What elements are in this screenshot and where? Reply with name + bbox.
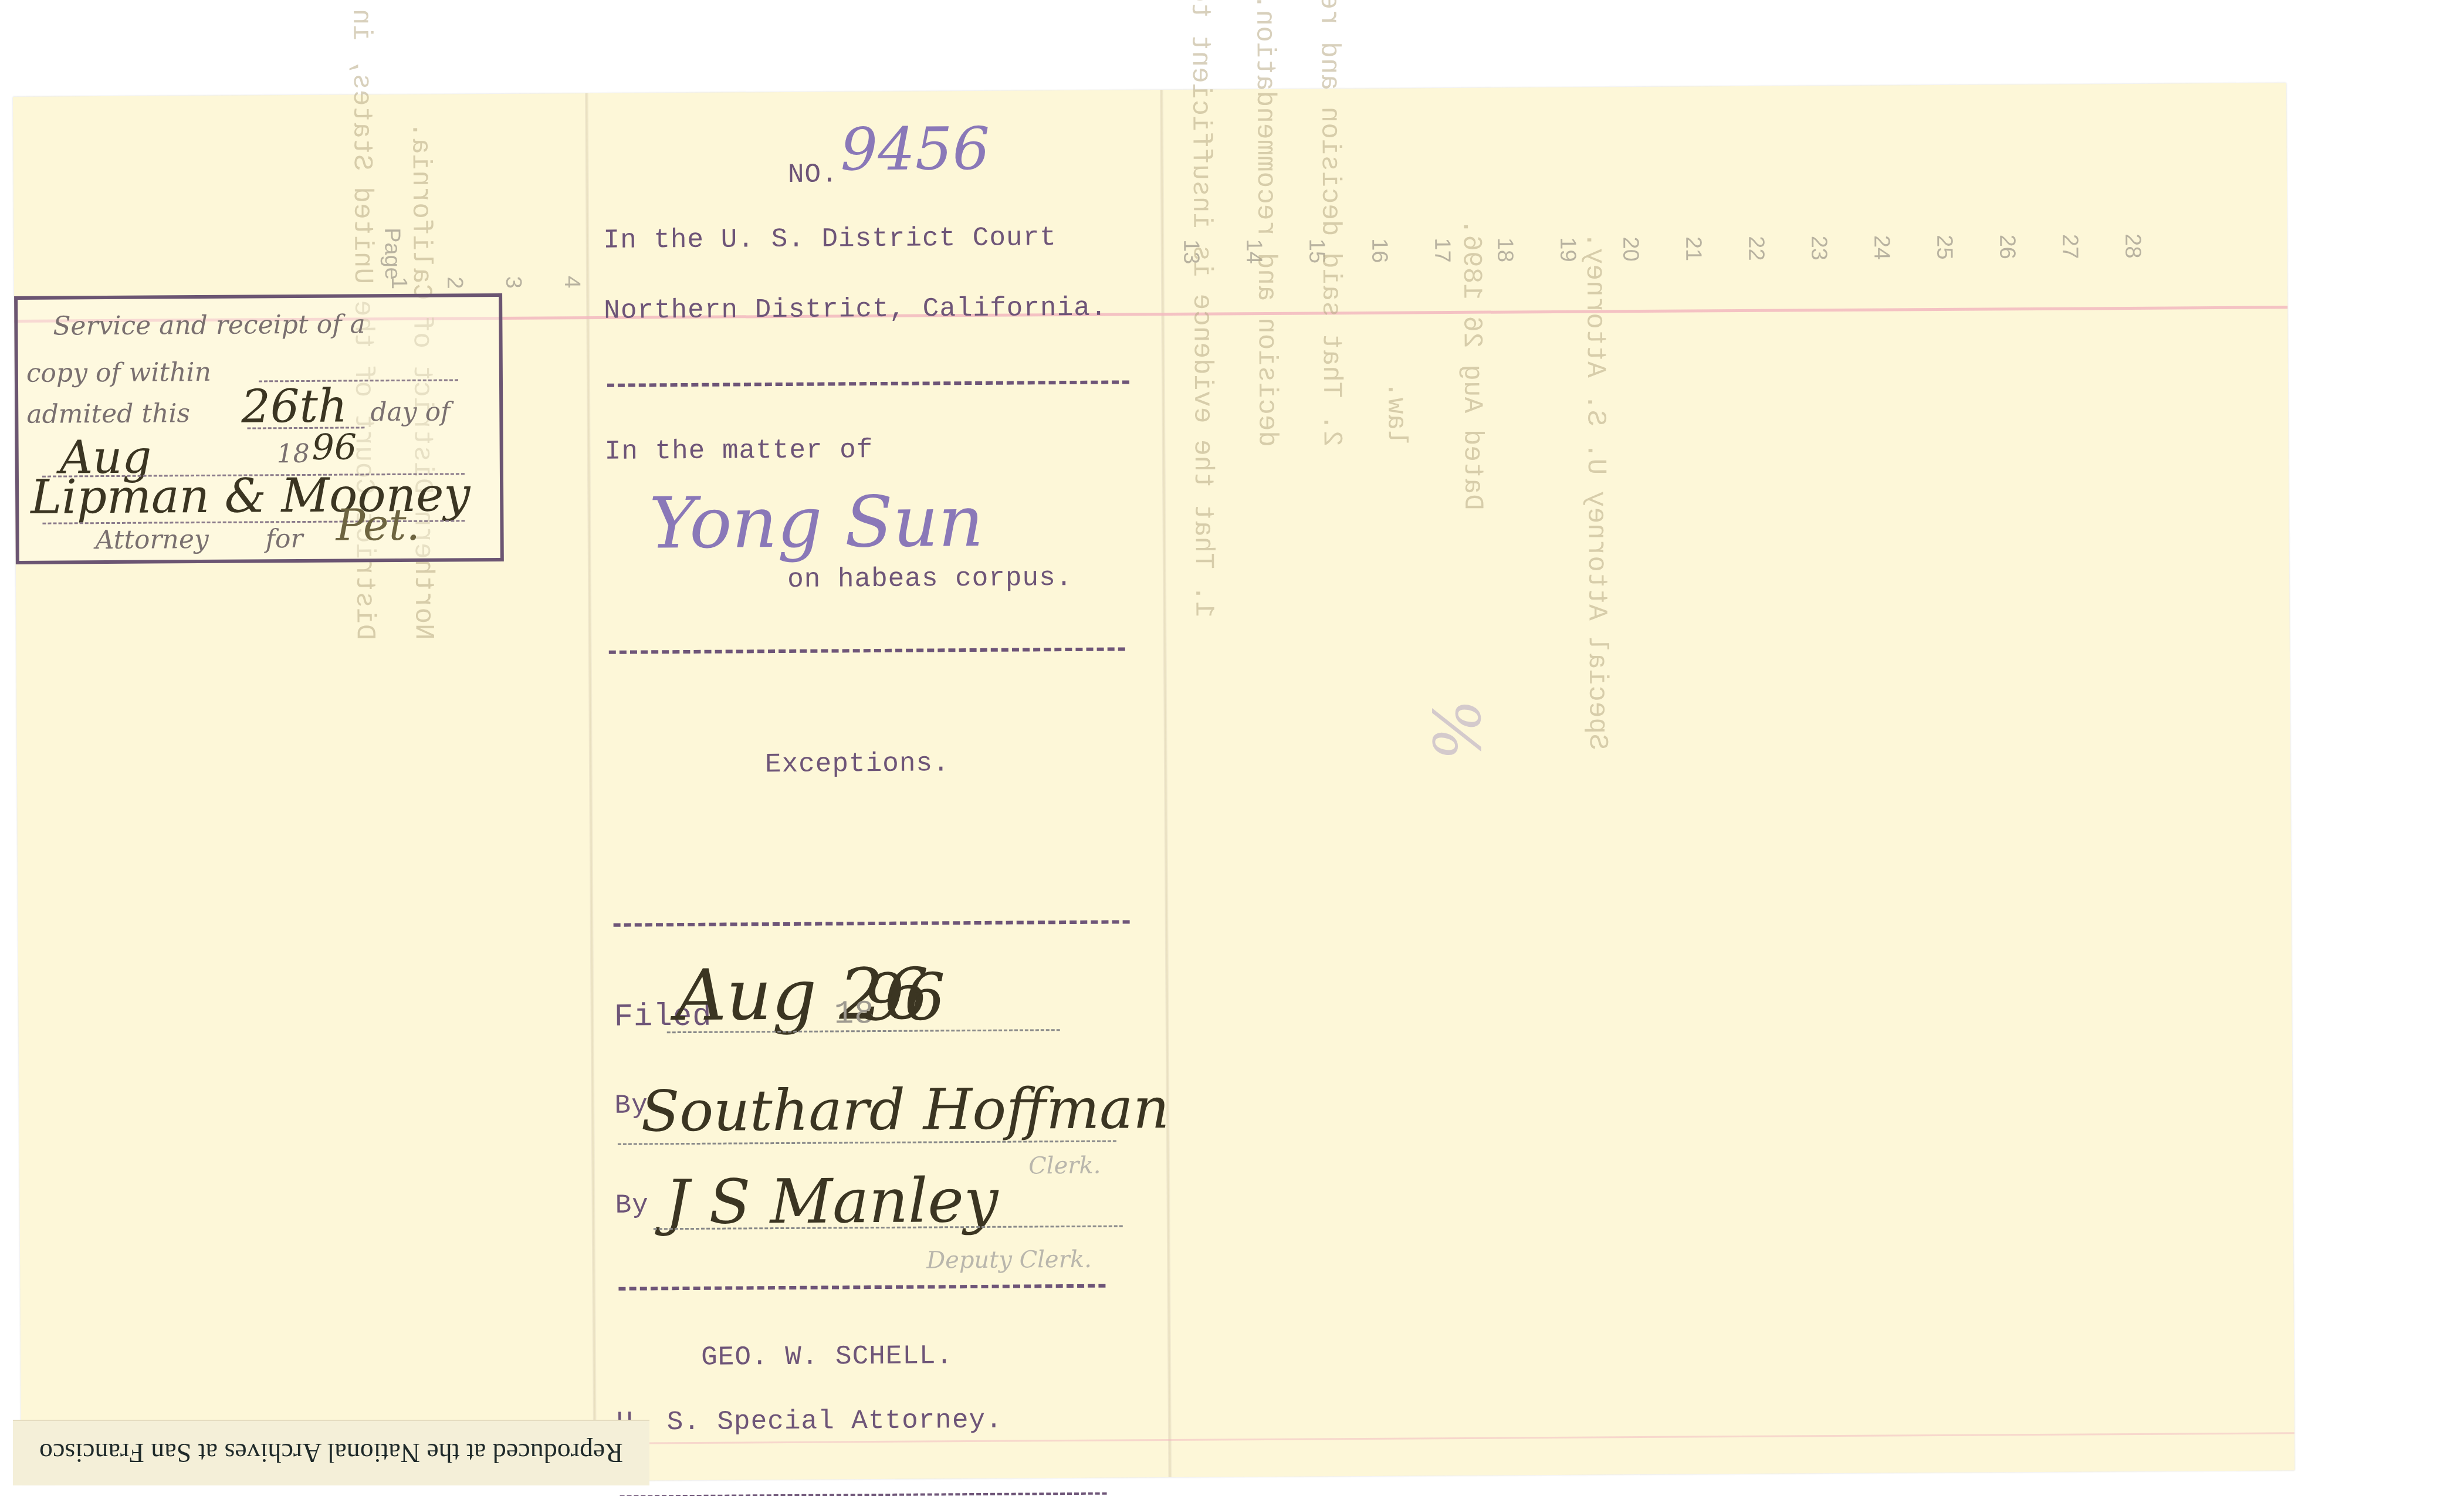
stamp-party-handwritten: Pet. xyxy=(336,500,420,551)
divider xyxy=(614,920,1130,926)
divider xyxy=(620,1492,1107,1496)
line-number: 22 xyxy=(1743,236,1768,261)
stamp-line-3-suffix: day of xyxy=(370,397,450,427)
clerk-printed-label: Clerk. xyxy=(1028,1152,1101,1180)
attorney-name: GEO. W. SCHELL. xyxy=(701,1341,953,1373)
line-number: 27 xyxy=(2057,234,2082,259)
line-number: 25 xyxy=(1931,235,1957,260)
case-number-label: NO. xyxy=(788,159,838,190)
line-number: 3 xyxy=(500,276,526,289)
stamp-line-2: copy of within xyxy=(26,357,211,388)
line-number: 2 xyxy=(442,276,467,289)
bleed-text: Dated Aug 26 1896. xyxy=(1456,219,1488,510)
fold-line-left xyxy=(585,93,597,1481)
case-number-handwritten: 9456 xyxy=(840,114,990,184)
court-line-1: In the U. S. District Court xyxy=(603,222,1057,256)
line-number: 4 xyxy=(559,276,584,288)
stamp-attorney-label: Attorney xyxy=(95,524,208,555)
stamp-line-1: Service and receipt of a xyxy=(53,309,365,341)
document-title: Exceptions. xyxy=(765,748,950,780)
deputy-printed-label: Deputy Clerk. xyxy=(926,1246,1092,1274)
matter-label: In the matter of xyxy=(605,435,874,467)
archive-label: Reproduced at the National Archives at S… xyxy=(13,1420,649,1485)
bleed-text: law. xyxy=(1380,381,1412,446)
bleed-text: 1. That the evidence is insufficient to … xyxy=(1183,0,1219,618)
line-number: 20 xyxy=(1617,236,1643,262)
divider xyxy=(618,1284,1105,1291)
matter-suffix: on habeas corpus. xyxy=(787,563,1073,595)
line-number: 24 xyxy=(1869,235,1894,260)
line-number: 19 xyxy=(1555,237,1580,262)
court-line-2: Northern District, California. xyxy=(604,293,1107,326)
filed-year-handwritten: 96 xyxy=(863,959,946,1035)
bleed-handwriting: % xyxy=(1418,699,1494,760)
fold-line-right xyxy=(1160,90,1172,1477)
line-number: 26 xyxy=(1994,234,2019,259)
line-number: 23 xyxy=(1806,235,1831,260)
matter-name-handwritten: Yong Sun xyxy=(649,481,984,564)
attorney-title: U. S. Special Attorney. xyxy=(617,1405,1003,1438)
clerk-signature: Southard Hoffman xyxy=(641,1075,1169,1144)
divider xyxy=(609,647,1125,654)
stamp-for-label: for xyxy=(265,524,303,554)
line-number: 28 xyxy=(2120,233,2145,259)
stamp-line-3-prefix: admited this xyxy=(26,398,190,429)
bleed-text: 2. That said decision and recommendation… xyxy=(1311,0,1347,446)
divider xyxy=(607,380,1129,387)
stamp-year-prefix: 18 xyxy=(277,439,310,469)
page-label: Page xyxy=(379,228,405,280)
bleed-text: decision and recommendation. xyxy=(1249,0,1282,447)
service-receipt-stamp: Service and receipt of a copy of within … xyxy=(14,293,504,564)
line-number: 18 xyxy=(1492,238,1517,263)
document-page: Page 1 2 3 4 13 14 15 16 17 18 19 20 21 … xyxy=(13,83,2294,1484)
stamp-day-handwritten: 26th xyxy=(241,380,347,434)
archive-label-text: Reproduced at the National Archives at S… xyxy=(13,1437,649,1468)
stamp-year-handwritten: 96 xyxy=(312,427,357,468)
bleed-text: Special Attorney U. S. Attorney. xyxy=(1579,232,1612,750)
line-number: 17 xyxy=(1429,238,1454,263)
line-number: 21 xyxy=(1680,236,1705,262)
by-label-deputy: By xyxy=(615,1190,649,1220)
line-number: 16 xyxy=(1366,238,1392,263)
